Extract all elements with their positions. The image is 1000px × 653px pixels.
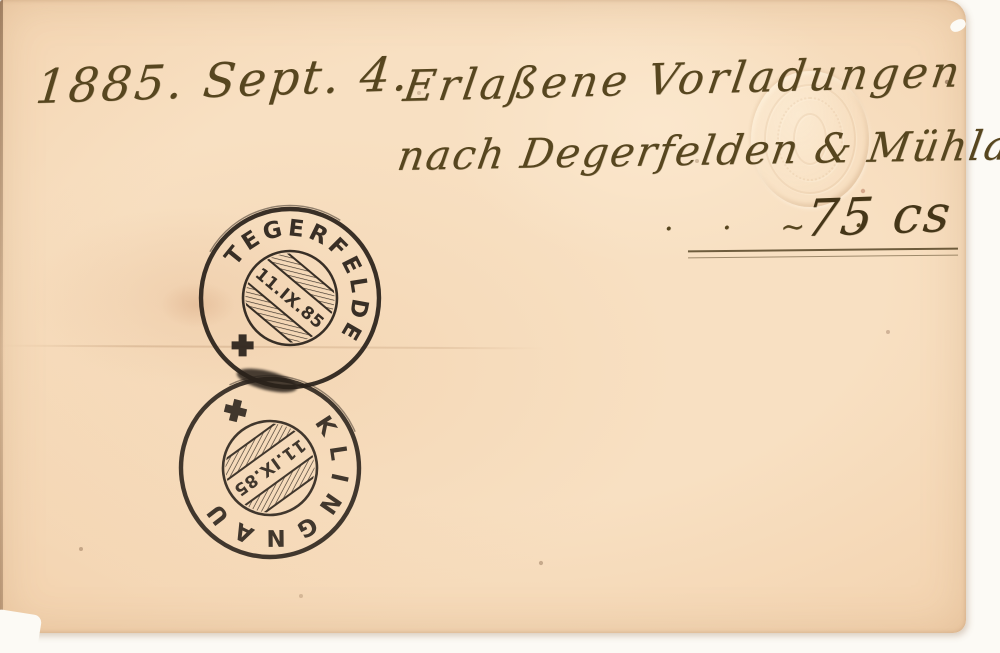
postcard: 1885. Sept. 4. Erlaßene Vorladungen nach… — [0, 0, 966, 633]
handwritten-amount: 75 cs — [803, 185, 955, 249]
handwritten-date: 1885. Sept. 4. — [33, 47, 414, 115]
handwritten-line-2: nach Degerfelden & Mühlau — [394, 121, 1000, 180]
corner-chip-bottom-left — [0, 608, 42, 649]
amount-underline — [688, 248, 958, 259]
tegerfelden-postmark-stamp: TEGERFELDEN 11.IX.85 — [190, 198, 390, 398]
klingnau-postmark-stamp: KLINGNAU 11.IX.85 — [170, 368, 370, 568]
scan-background: 1885. Sept. 4. Erlaßene Vorladungen nach… — [0, 0, 1000, 653]
postmark-graphic: KLINGNAU 11.IX.85 — [170, 368, 370, 568]
postmark-graphic: TEGERFELDEN 11.IX.85 — [190, 198, 390, 398]
swiss-cross-icon — [232, 334, 254, 356]
swiss-cross-icon — [222, 397, 249, 424]
handwritten-line-1: Erlaßene Vorladungen — [400, 47, 966, 112]
paper-specks — [0, 0, 2, 2]
